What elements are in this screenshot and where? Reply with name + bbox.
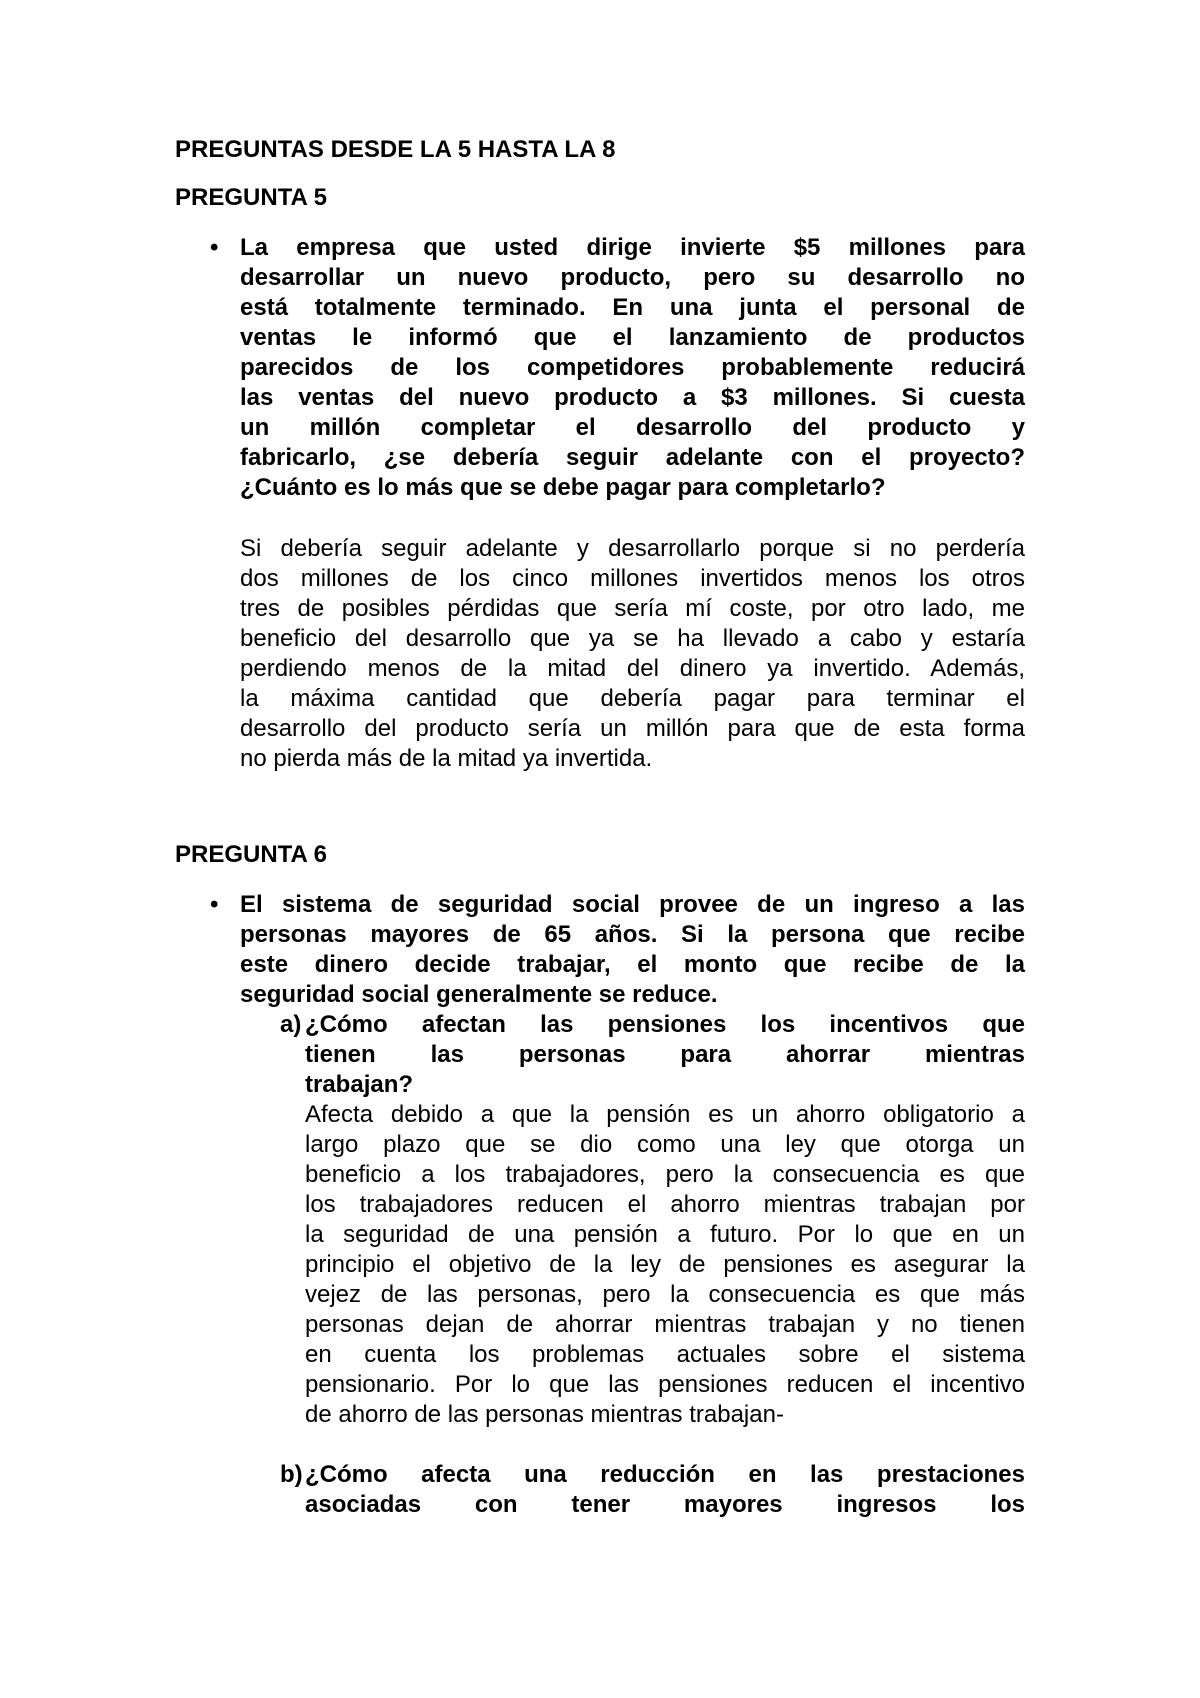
text-line: La empresa que usted dirige invierte $5 … [240,233,1025,263]
pregunta5-answer-paragraph: Si debería seguir adelante y desarrollar… [240,534,1025,774]
pregunta6-question-paragraph: El sistema de seguridad social provee de… [240,890,1025,1010]
bullet-icon: • [210,233,240,503]
item-a-question-paragraph: ¿Cómo afectan las pensiones los incentiv… [305,1010,1025,1100]
text-line: desarrollar un nuevo producto, pero su d… [240,263,1025,293]
text-line: asociadas con tener mayores ingresos los [305,1490,1025,1520]
text-line: personas mayores de 65 años. Si la perso… [240,920,1025,950]
text-line: los trabajadores reducen el ahorro mient… [305,1190,1025,1220]
text-line: en cuenta los problemas actuales sobre e… [305,1340,1025,1370]
text-line: Afecta debido a que la pensión es un aho… [305,1100,1025,1130]
text-line: perdiendo menos de la mitad del dinero y… [240,654,1025,684]
text-line: trabajan? [305,1070,1025,1100]
text-line: de ahorro de las personas mientras traba… [305,1400,1025,1430]
text-line: este dinero decide trabajar, el monto qu… [240,950,1025,980]
text-line: no pierda más de la mitad ya invertida. [240,744,1025,774]
text-line: parecidos de los competidores probableme… [240,353,1025,383]
text-line: un millón completar el desarrollo del pr… [240,413,1025,443]
text-line: dos millones de los cinco millones inver… [240,564,1025,594]
item-b-marker: b) [280,1460,305,1520]
item-a-content: ¿Cómo afectan las pensiones los incentiv… [305,1010,1025,1430]
text-line: personas dejan de ahorrar mientras traba… [305,1310,1025,1340]
text-line: Si debería seguir adelante y desarrollar… [240,534,1025,564]
item-a-answer-paragraph: Afecta debido a que la pensión es un aho… [305,1100,1025,1430]
text-line: ¿Cómo afectan las pensiones los incentiv… [305,1010,1025,1040]
text-line: ¿Cómo afecta una reducción en las presta… [305,1460,1025,1490]
pregunta5-question-paragraph: La empresa que usted dirige invierte $5 … [240,233,1025,503]
pregunta6-item-a: a) ¿Cómo afectan las pensiones los incen… [175,1010,1025,1430]
item-b-question-paragraph: ¿Cómo afecta una reducción en las presta… [305,1460,1025,1520]
text-line: principio el objetivo de la ley de pensi… [305,1250,1025,1280]
text-line: largo plazo que se dio como una ley que … [305,1130,1025,1160]
bullet-icon: • [210,890,240,1010]
text-line: fabricarlo, ¿se debería seguir adelante … [240,443,1025,473]
text-line: vejez de las personas, pero la consecuen… [305,1280,1025,1310]
pregunta5-bullet-item: • La empresa que usted dirige invierte $… [175,233,1025,503]
text-line: beneficio del desarrollo que ya se ha ll… [240,624,1025,654]
document-title: PREGUNTAS DESDE LA 5 HASTA LA 8 [175,135,1025,165]
text-line: tres de posibles pérdidas que sería mí c… [240,594,1025,624]
pregunta6-heading: PREGUNTA 6 [175,840,1025,870]
text-line: pensionario. Por lo que las pensiones re… [305,1370,1025,1400]
text-line: las ventas del nuevo producto a $3 millo… [240,383,1025,413]
pregunta6-item-b: b) ¿Cómo afecta una reducción en las pre… [175,1460,1025,1520]
text-line: tienen las personas para ahorrar mientra… [305,1040,1025,1070]
text-line: desarrollo del producto sería un millón … [240,714,1025,744]
text-line: está totalmente terminado. En una junta … [240,293,1025,323]
document-page: PREGUNTAS DESDE LA 5 HASTA LA 8 PREGUNTA… [0,0,1200,1520]
text-line: seguridad social generalmente se reduce. [240,980,1025,1010]
pregunta6-bullet-item: • El sistema de seguridad social provee … [175,890,1025,1010]
text-line: la máxima cantidad que debería pagar par… [240,684,1025,714]
item-a-marker: a) [280,1010,305,1430]
text-line: beneficio a los trabajadores, pero la co… [305,1160,1025,1190]
text-line: ventas le informó que el lanzamiento de … [240,323,1025,353]
pregunta5-heading: PREGUNTA 5 [175,183,1025,213]
text-line: ¿Cuánto es lo más que se debe pagar para… [240,473,1025,503]
text-line: la seguridad de una pensión a futuro. Po… [305,1220,1025,1250]
text-line: El sistema de seguridad social provee de… [240,890,1025,920]
